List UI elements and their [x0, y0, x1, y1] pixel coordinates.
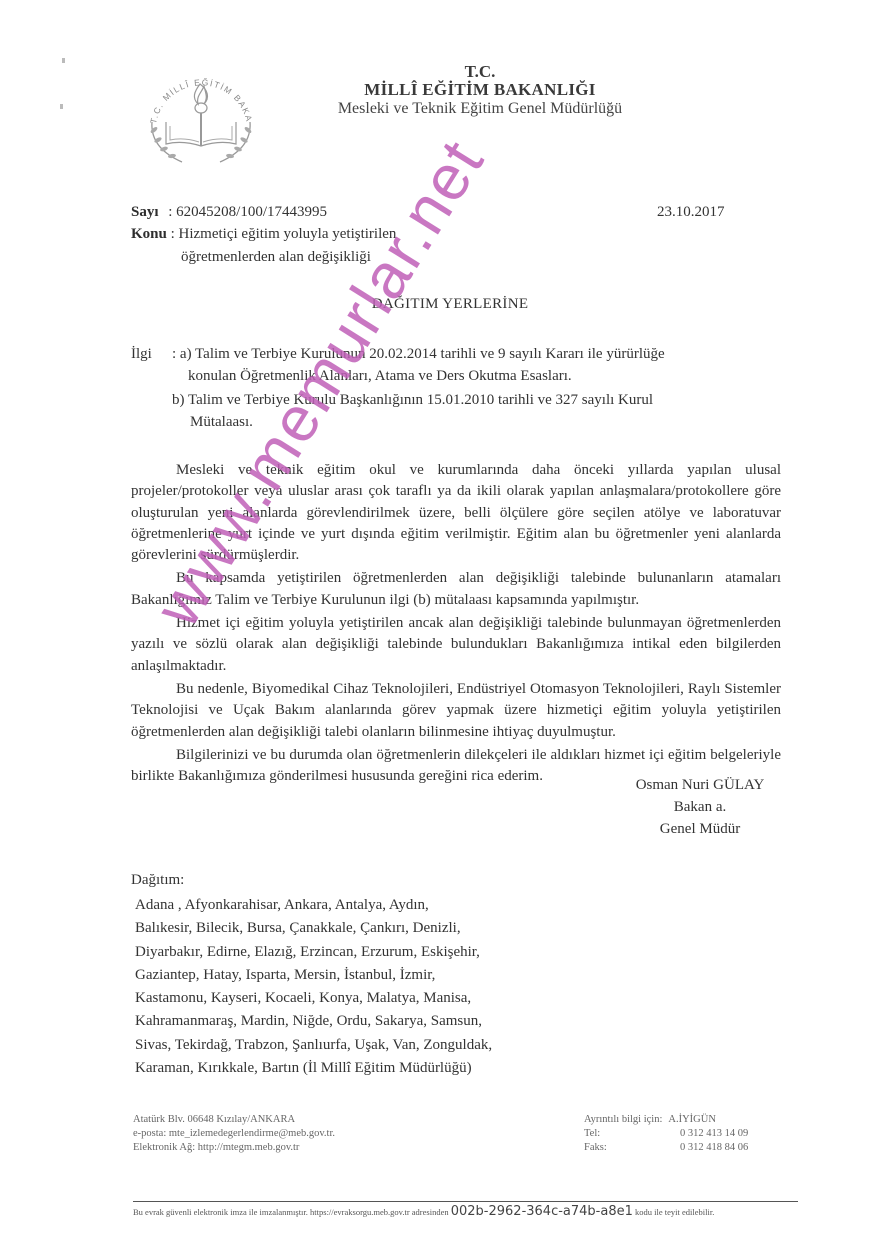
ref-b-line1: b) Talim ve Terbiye Kurulu Başkanlığının…: [172, 389, 653, 411]
footer-email[interactable]: e-posta: mte_izlemedegerlendirme@meb.gov…: [133, 1127, 335, 1141]
tel-value: 0 312 413 14 09: [680, 1127, 748, 1141]
konu-row: Konu : Hizmetiçi eğitim yoluyla yetiştir…: [131, 226, 396, 243]
document-date: 23.10.2017: [657, 204, 725, 221]
fax-row: Faks: 0 312 418 84 06: [584, 1141, 748, 1155]
ref-a-line2: konulan Öğretmenlik Alanları, Atama ve D…: [188, 365, 572, 387]
addressee-title: DAĞITIM YERLERİNE: [120, 296, 780, 313]
tel-row: Tel: 0 312 413 14 09: [584, 1127, 748, 1141]
signatory-title: Genel Müdür: [600, 818, 800, 840]
footer-divider: [133, 1201, 798, 1202]
body-paragraph: Bu nedenle, Biyomedikal Cihaz Teknolojil…: [131, 679, 781, 743]
header-department: Mesleki ve Teknik Eğitim Genel Müdürlüğü: [300, 100, 660, 118]
distribution-heading: Dağıtım:: [131, 872, 184, 889]
ilgi-label: İlgi: [131, 343, 152, 365]
ministry-logo: T.C. MİLLÎ EĞİTİM BAKANLIĞI: [142, 62, 260, 168]
svg-text:T.C. MİLLÎ EĞİTİM BAKANLIĞI: T.C. MİLLÎ EĞİTİM BAKANLIĞI: [142, 62, 255, 124]
body-paragraph: Hizmet içi eğitim yoluyla yetiştirilen a…: [131, 613, 781, 677]
sayi-value: : 62045208/100/17443995: [168, 204, 327, 220]
e-signature-notice: Bu evrak güvenli elektronik imza ile imz…: [133, 1204, 714, 1219]
body-paragraph: Bu kapsamda yetiştirilen öğretmenlerden …: [131, 568, 781, 611]
contact-name: A.İYİGÜN: [668, 1113, 716, 1127]
verify-prefix: Bu evrak güvenli elektronik imza ile imz…: [133, 1207, 451, 1217]
distribution-line: Sivas, Tekirdağ, Trabzon, Şanlıurfa, Uşa…: [135, 1034, 575, 1057]
distribution-line: Kastamonu, Kayseri, Kocaeli, Konya, Mala…: [135, 987, 575, 1010]
konu-value-line1: : Hizmetiçi eğitim yoluyla yetiştirilen: [171, 226, 397, 242]
signatory-name: Osman Nuri GÜLAY: [600, 774, 800, 796]
distribution-line: Diyarbakır, Edirne, Elazığ, Erzincan, Er…: [135, 941, 575, 964]
body-paragraph: Mesleki ve teknik eğitim okul ve kurumla…: [131, 460, 781, 566]
ministry-emblem-icon: T.C. MİLLÎ EĞİTİM BAKANLIĞI: [142, 62, 260, 168]
fax-value: 0 312 418 84 06: [680, 1141, 748, 1155]
distribution-line: Balıkesir, Bilecik, Bursa, Çanakkale, Ça…: [135, 917, 575, 940]
footer-address: Atatürk Blv. 06648 Kızılay/ANKARA: [133, 1113, 335, 1127]
footer-contact-info: Ayrıntılı bilgi için: A.İYİGÜN Tel: 0 31…: [584, 1113, 748, 1155]
distribution-list: Adana , Afyonkarahisar, Ankara, Antalya,…: [135, 894, 575, 1080]
distribution-line: Karaman, Kırıkkale, Bartın (İl Millî Eği…: [135, 1057, 575, 1080]
footer-contact-address: Atatürk Blv. 06648 Kızılay/ANKARA e-post…: [133, 1113, 335, 1155]
contact-row: Ayrıntılı bilgi için: A.İYİGÜN: [584, 1113, 748, 1127]
verify-code: 002b-2962-364c-a74b-a8e1: [451, 1204, 633, 1219]
konu-label: Konu: [131, 226, 167, 242]
tel-label: Tel:: [584, 1127, 680, 1141]
sayi-label: Sayı: [131, 204, 159, 220]
header-country: T.C.: [300, 62, 660, 82]
letter-body: Mesleki ve teknik eğitim okul ve kurumla…: [131, 460, 781, 789]
ref-b-line2: Mütalaası.: [190, 411, 253, 433]
signatory-on-behalf: Bakan a.: [600, 796, 800, 818]
distribution-line: Adana , Afyonkarahisar, Ankara, Antalya,…: [135, 894, 575, 917]
ref-a-line1: : a) Talim ve Terbiye Kurulunun 20.02.20…: [172, 343, 665, 365]
distribution-line: Gaziantep, Hatay, Isparta, Mersin, İstan…: [135, 964, 575, 987]
contact-label: Ayrıntılı bilgi için:: [584, 1113, 662, 1127]
konu-value-line2: öğretmenlerden alan değişikliği: [181, 249, 371, 266]
scan-speck: [62, 58, 65, 63]
distribution-line: Kahramanmaraş, Mardin, Niğde, Ordu, Saka…: [135, 1010, 575, 1033]
header-ministry: MİLLÎ EĞİTİM BAKANLIĞI: [300, 80, 660, 100]
signature-block: Osman Nuri GÜLAY Bakan a. Genel Müdür: [600, 774, 800, 840]
fax-label: Faks:: [584, 1141, 680, 1155]
sayi-row: Sayı : 62045208/100/17443995: [131, 204, 327, 221]
verify-suffix: kodu ile teyit edilebilir.: [633, 1207, 714, 1217]
scan-speck: [60, 104, 63, 109]
footer-web[interactable]: Elektronik Ağ: http://mtegm.meb.gov.tr: [133, 1141, 335, 1155]
